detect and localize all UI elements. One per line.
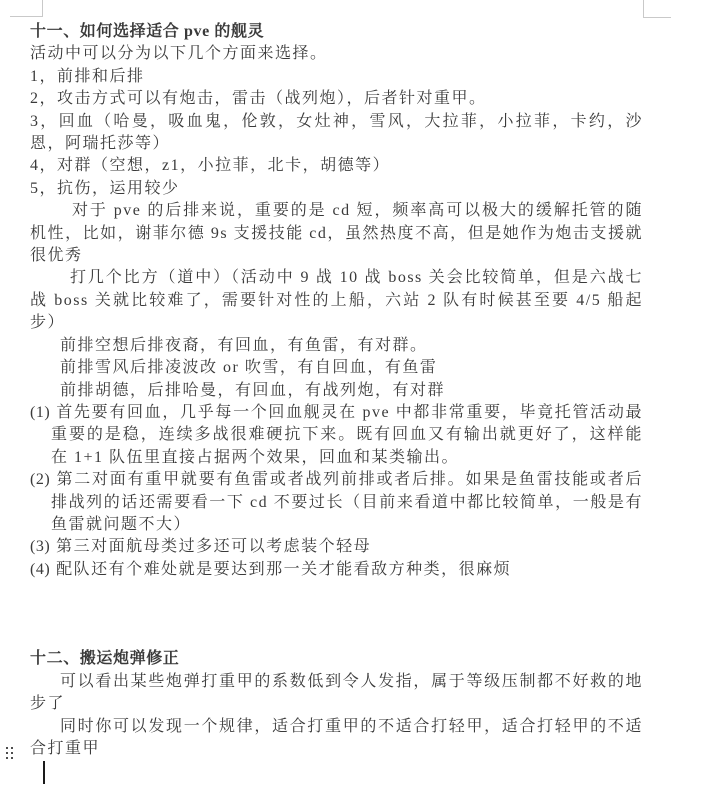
section-heading-12[interactable]: 十二、搬运炮弹修正	[30, 648, 643, 670]
paragraph[interactable]: 可以看出某些炮弹打重甲的系数低到令人发指，属于等级压制都不好救的地步了	[30, 671, 643, 716]
list-number: (1)	[30, 404, 50, 421]
list-number: (4)	[30, 561, 50, 578]
paragraph[interactable]: 5，抗伤，运用较少	[30, 178, 643, 200]
document-text-area[interactable]: 十一、如何选择适合 pve 的舰灵 活动中可以分为以下几个方面来选择。 1，前排…	[30, 21, 643, 783]
document-page[interactable]: 十一、如何选择适合 pve 的舰灵 活动中可以分为以下几个方面来选择。 1，前排…	[0, 0, 720, 789]
empty-line	[30, 581, 643, 603]
paragraph[interactable]: 1，前排和后排	[30, 66, 643, 88]
paragraph[interactable]: 打几个比方（道中）（活动中 9 战 10 战 boss 关会比较简单，但是六战七…	[30, 267, 643, 334]
list-item-text: 第三对面航母类过多还可以考虑装个轻母	[56, 538, 371, 555]
paragraph[interactable]: 4，对群（空想，z1，小拉菲，北卡，胡德等）	[30, 155, 643, 177]
paragraph[interactable]: 3，回血（哈曼，吸血鬼，伦敦，女灶神，雪风，大拉菲，小拉菲，卡约，沙恩，阿瑞托莎…	[30, 111, 643, 156]
list-item[interactable]: (1)首先要有回血，几乎每一个回血舰灵在 pve 中都非常重要，毕竟托管活动最重…	[30, 402, 643, 469]
section-heading-11[interactable]: 十一、如何选择适合 pve 的舰灵	[30, 21, 643, 43]
list-item-text: 配队还有个难处就是要达到那一关才能看敌方种类，很麻烦	[56, 561, 511, 578]
paragraph[interactable]: 活动中可以分为以下几个方面来选择。	[30, 43, 643, 65]
list-item-text: 首先要有回血，几乎每一个回血舰灵在 pve 中都非常重要，毕竟托管活动最重要的是…	[51, 404, 643, 466]
text-boundary-mark-top-left	[10, 0, 43, 17]
paragraph[interactable]: 2，攻击方式可以有炮击，雷击（战列炮），后者针对重甲。	[30, 88, 643, 110]
list-item-text: 第二对面有重甲就要有鱼雷或者战列前排或者后排。如果是鱼雷技能或者后排战列的话还需…	[51, 471, 643, 533]
paragraph[interactable]: 前排雪风后排凌波改 or 吹雪，有自回血，有鱼雷	[30, 357, 643, 379]
paragraph[interactable]: 对于 pve 的后排来说，重要的是 cd 短，频率高可以极大的缓解托管的随机性，…	[30, 200, 643, 267]
list-item[interactable]: (2)第二对面有重甲就要有鱼雷或者战列前排或者后排。如果是鱼雷技能或者后排战列的…	[30, 469, 643, 536]
paragraph[interactable]: 前排胡德，后排哈曼，有回血，有战列炮，有对群	[30, 380, 643, 402]
list-number: (3)	[30, 538, 50, 555]
empty-line	[30, 604, 643, 626]
text-cursor-icon	[43, 761, 45, 784]
text-boundary-mark-top-right	[643, 0, 671, 18]
caret-line[interactable]	[30, 760, 643, 782]
list-item[interactable]: (3)第三对面航母类过多还可以考虑装个轻母	[30, 536, 643, 558]
paragraph[interactable]: 前排空想后排夜裔，有回血，有鱼雷，有对群。	[30, 335, 643, 357]
list-number: (2)	[30, 471, 50, 488]
drag-handle-dots-icon[interactable]	[6, 747, 8, 749]
list-item[interactable]: (4)配队还有个难处就是要达到那一关才能看敌方种类，很麻烦	[30, 559, 643, 581]
paragraph[interactable]: 同时你可以发现一个规律，适合打重甲的不适合打轻甲，适合打轻甲的不适合打重甲	[30, 716, 643, 761]
empty-line	[30, 626, 643, 648]
